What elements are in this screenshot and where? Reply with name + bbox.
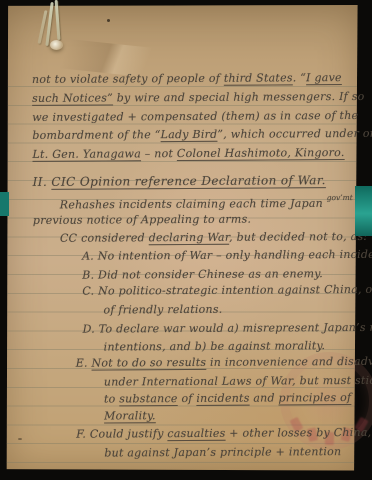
- handwriting-segment: , but decided not to, as:: [229, 230, 367, 244]
- handwriting-segment: in inconvenience and disadvantage: [206, 354, 372, 368]
- handwriting-segment: D. To declare war would a) misrepresent …: [83, 321, 372, 336]
- handwriting-segment: to: [104, 392, 119, 405]
- manuscript-line: not to violate safety of people of third…: [32, 70, 342, 87]
- handwriting-segment: under International Laws of War, but mus…: [104, 373, 372, 388]
- handwriting-segment: but against Japan’s principle + intentio…: [104, 445, 341, 459]
- handwriting-segment: of friendly relations.: [103, 303, 222, 317]
- manuscript-line: Morality.: [104, 408, 156, 423]
- handwriting-segment: declaring War: [149, 231, 229, 244]
- handwriting-segment: B. Did not consider Chinese as an enemy.: [82, 267, 323, 281]
- handwriting-segment: Rehashes incidents claiming each time Ja…: [60, 197, 327, 212]
- handwriting-segment: not to violate safety of people of: [32, 72, 224, 86]
- manuscript-line: intentions, and b) be against morality.: [104, 338, 326, 354]
- handwriting-segment: Colonel Hashimoto, Kingoro.: [177, 146, 345, 160]
- manuscript-line: Rehashes incidents claiming each time Ja…: [60, 192, 372, 213]
- handwriting-segment: of: [178, 392, 197, 405]
- handwriting-segment: and: [250, 391, 279, 404]
- handwriting-segment: A. No intention of War – only handling e…: [82, 247, 372, 262]
- handwriting-segment: CC considered: [60, 231, 149, 245]
- manuscript-line: F. Could justify casualties + other loss…: [76, 425, 371, 442]
- manuscript-line: D. To declare war would a) misrepresent …: [82, 320, 372, 337]
- manuscript-lines: not to violate safety of people of third…: [0, 0, 371, 1]
- handwriting-segment: third States: [224, 71, 293, 84]
- handwriting-segment: Morality.: [104, 409, 156, 422]
- manuscript-line: but against Japan’s principle + intentio…: [104, 444, 341, 460]
- manuscript-line: bombardment of the “Lady Bird”, which oc…: [32, 126, 372, 143]
- handwriting-segment: + other losses by China,: [225, 426, 371, 440]
- scanned-page-background: not to violate safety of people of third…: [0, 0, 372, 480]
- manuscript-line: B. Did not consider Chinese as an enemy.: [82, 266, 323, 282]
- manuscript-text: not to violate safety of people of third…: [0, 0, 372, 480]
- manuscript-line: E. Not to do so results in inconvenience…: [76, 353, 372, 370]
- manuscript-line: CC considered declaring War, but decided…: [60, 229, 367, 246]
- manuscript-line: under International Laws of War, but mus…: [104, 372, 372, 389]
- handwriting-segment: incidents: [196, 391, 249, 404]
- handwriting-segment: casualties: [167, 427, 225, 440]
- handwriting-segment: F. Could justify: [76, 427, 167, 441]
- inserted-word: gov’mt: [327, 193, 353, 202]
- manuscript-line: we investigated + compensated (them) as …: [32, 108, 358, 125]
- handwriting-segment: E.: [76, 356, 92, 369]
- manuscript-line: to substance of incidents and principles…: [104, 390, 351, 407]
- handwriting-segment: substance: [119, 392, 177, 405]
- section-heading: II. CIC Opinion reference Declaration of…: [33, 174, 326, 191]
- teal-tab-right: [355, 186, 372, 236]
- manuscript-line: Lt. Gen. Yanagawa – not Colonel Hashimot…: [32, 145, 344, 162]
- handwriting-segment: we investigated + compensated (them) as …: [32, 109, 358, 124]
- handwriting-segment: CIC Opinion reference Declaration of War…: [51, 174, 326, 190]
- manuscript-line: A. No intention of War – only handling e…: [82, 246, 372, 263]
- manuscript-line: previous notice of Appealing to arms.: [33, 212, 251, 228]
- handwriting-segment: previous notice of Appealing to arms.: [33, 213, 251, 227]
- teal-tab-left: [0, 192, 9, 216]
- handwriting-segment: I gave: [306, 71, 342, 84]
- handwriting-segment: principles of: [278, 391, 351, 404]
- manuscript-line: of friendly relations.: [103, 302, 222, 318]
- handwriting-segment: . “: [293, 71, 306, 84]
- handwriting-segment: intentions, and b) be against morality.: [104, 339, 326, 353]
- handwriting-segment: Lt. Gen. Yanagawa: [32, 147, 141, 161]
- manuscript-line: such Notices” by wire and special high m…: [32, 89, 364, 106]
- handwriting-segment: – not: [141, 147, 177, 160]
- handwriting-segment: such Notices”: [32, 91, 113, 104]
- handwriting-segment: Lady Bird: [161, 128, 218, 141]
- handwriting-segment: by wire and special high messengers. If …: [113, 90, 365, 105]
- handwriting-segment: ”, which occurred under orders of: [217, 127, 372, 141]
- handwriting-segment: C. No politico-strategic intention again…: [82, 283, 372, 298]
- handwriting-segment: bombardment of the “: [32, 129, 160, 143]
- manuscript-line: C. No politico-strategic intention again…: [82, 282, 372, 299]
- handwriting-segment: II.: [33, 175, 52, 189]
- handwriting-segment: Not to do so results: [91, 356, 206, 370]
